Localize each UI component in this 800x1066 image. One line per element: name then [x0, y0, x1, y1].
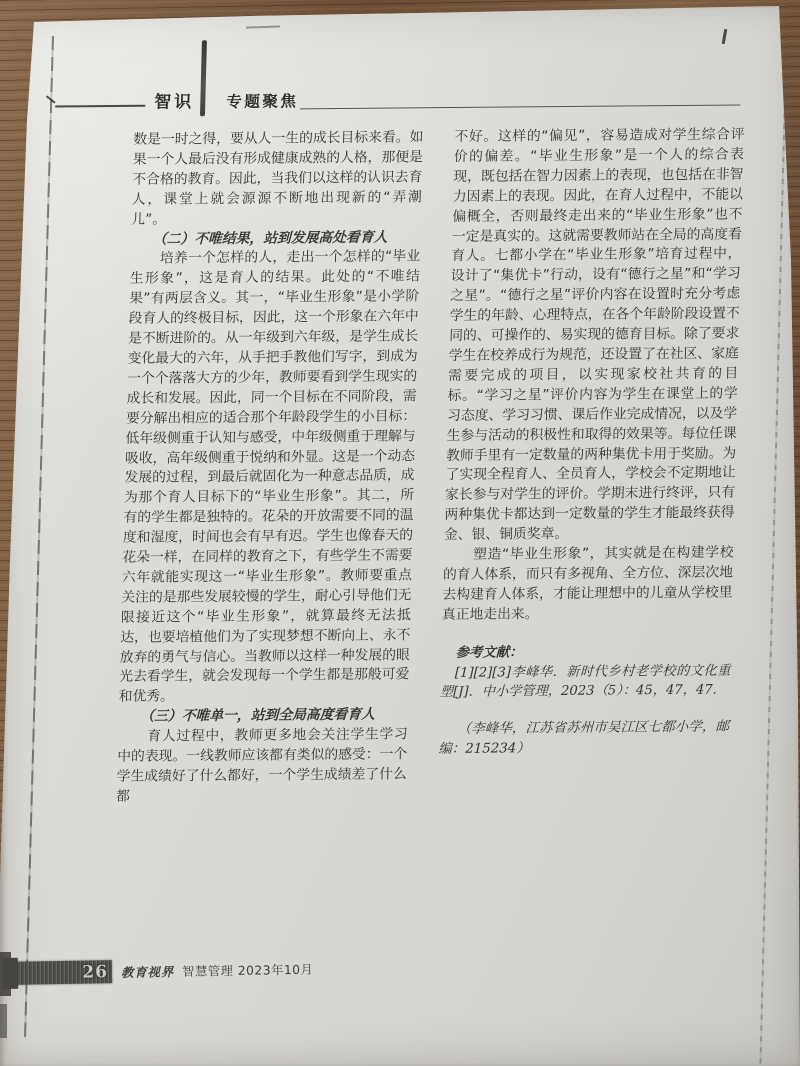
- section-heading-three: （三）不唯单一，站到全局高度看育人: [118, 706, 409, 728]
- header-section-label: 智识: [154, 87, 195, 112]
- author-note: （李峰华，江苏省苏州市吴江区七都小学，邮编：215234）: [438, 718, 729, 760]
- references-heading: 参考文献：: [441, 641, 732, 663]
- page-number-bar: 26: [4, 960, 112, 985]
- paragraph-two: 培养一个怎样的人，走出一个怎样的“毕业生形象”，这是育人的结果。此处的“不唯结果…: [118, 248, 420, 708]
- header-divider-bar: [200, 40, 206, 116]
- reference-entry: [1][2][3]李峰华．新时代乡村老学校的文化重塑[J]．中小学管理，2023…: [440, 661, 731, 703]
- paper-sheet: 智识 专题聚焦 数是一时之得，要从人一生的成长目标来看。如果一个人最后没有形成健…: [0, 0, 800, 1066]
- article-column-left: 数是一时之得，要从人一生的成长目标来看。如果一个人最后没有形成健康成熟的人格，那…: [116, 128, 424, 807]
- header-rule-right: [300, 105, 740, 110]
- footer-text: 教育视界 智慧管理 2023年10月: [121, 959, 314, 980]
- paragraph-three-start: 育人过程中，教师更多地会关注学生学习中的表现。一线教师应该都有类似的感受：一个学…: [116, 725, 408, 807]
- journal-name: 教育视界: [121, 962, 175, 981]
- article-column-right: 不好。这样的“偏见”，容易造成对学生综合评价的偏差。“毕业生形象”是一个人的综合…: [437, 125, 745, 804]
- paragraph-four: 塑造“毕业生形象”，其实就是在构建学校的育人体系，而只有多视角、全方位、深层次地…: [442, 544, 734, 626]
- paragraph-continuation: 数是一时之得，要从人一生的成长目标来看。如果一个人最后没有形成健康成熟的人格，那…: [131, 128, 424, 230]
- issue-info: 智慧管理 2023年10月: [182, 959, 313, 979]
- section-heading-two: （二）不唯结果，站到发展高处看育人: [130, 228, 421, 250]
- header-rule-left: [55, 105, 145, 107]
- page-number: 26: [82, 962, 112, 983]
- paragraph-three-end: 不好。这样的“偏见”，容易造成对学生综合评价的偏差。“毕业生形象”是一个人的综合…: [444, 125, 745, 546]
- header-column-label: 专题聚焦: [226, 89, 299, 112]
- binding-mark-lower: [0, 1004, 7, 1038]
- page-content: 智识 专题聚焦 数是一时之得，要从人一生的成长目标来看。如果一个人最后没有形成健…: [0, 0, 800, 1066]
- article-body: 数是一时之得，要从人一生的成长目标来看。如果一个人最后没有形成健康成熟的人格，那…: [116, 125, 745, 807]
- photo-of-printed-page: { "colors": { "paper": "#dad9d5", "wood_…: [0, 0, 800, 1066]
